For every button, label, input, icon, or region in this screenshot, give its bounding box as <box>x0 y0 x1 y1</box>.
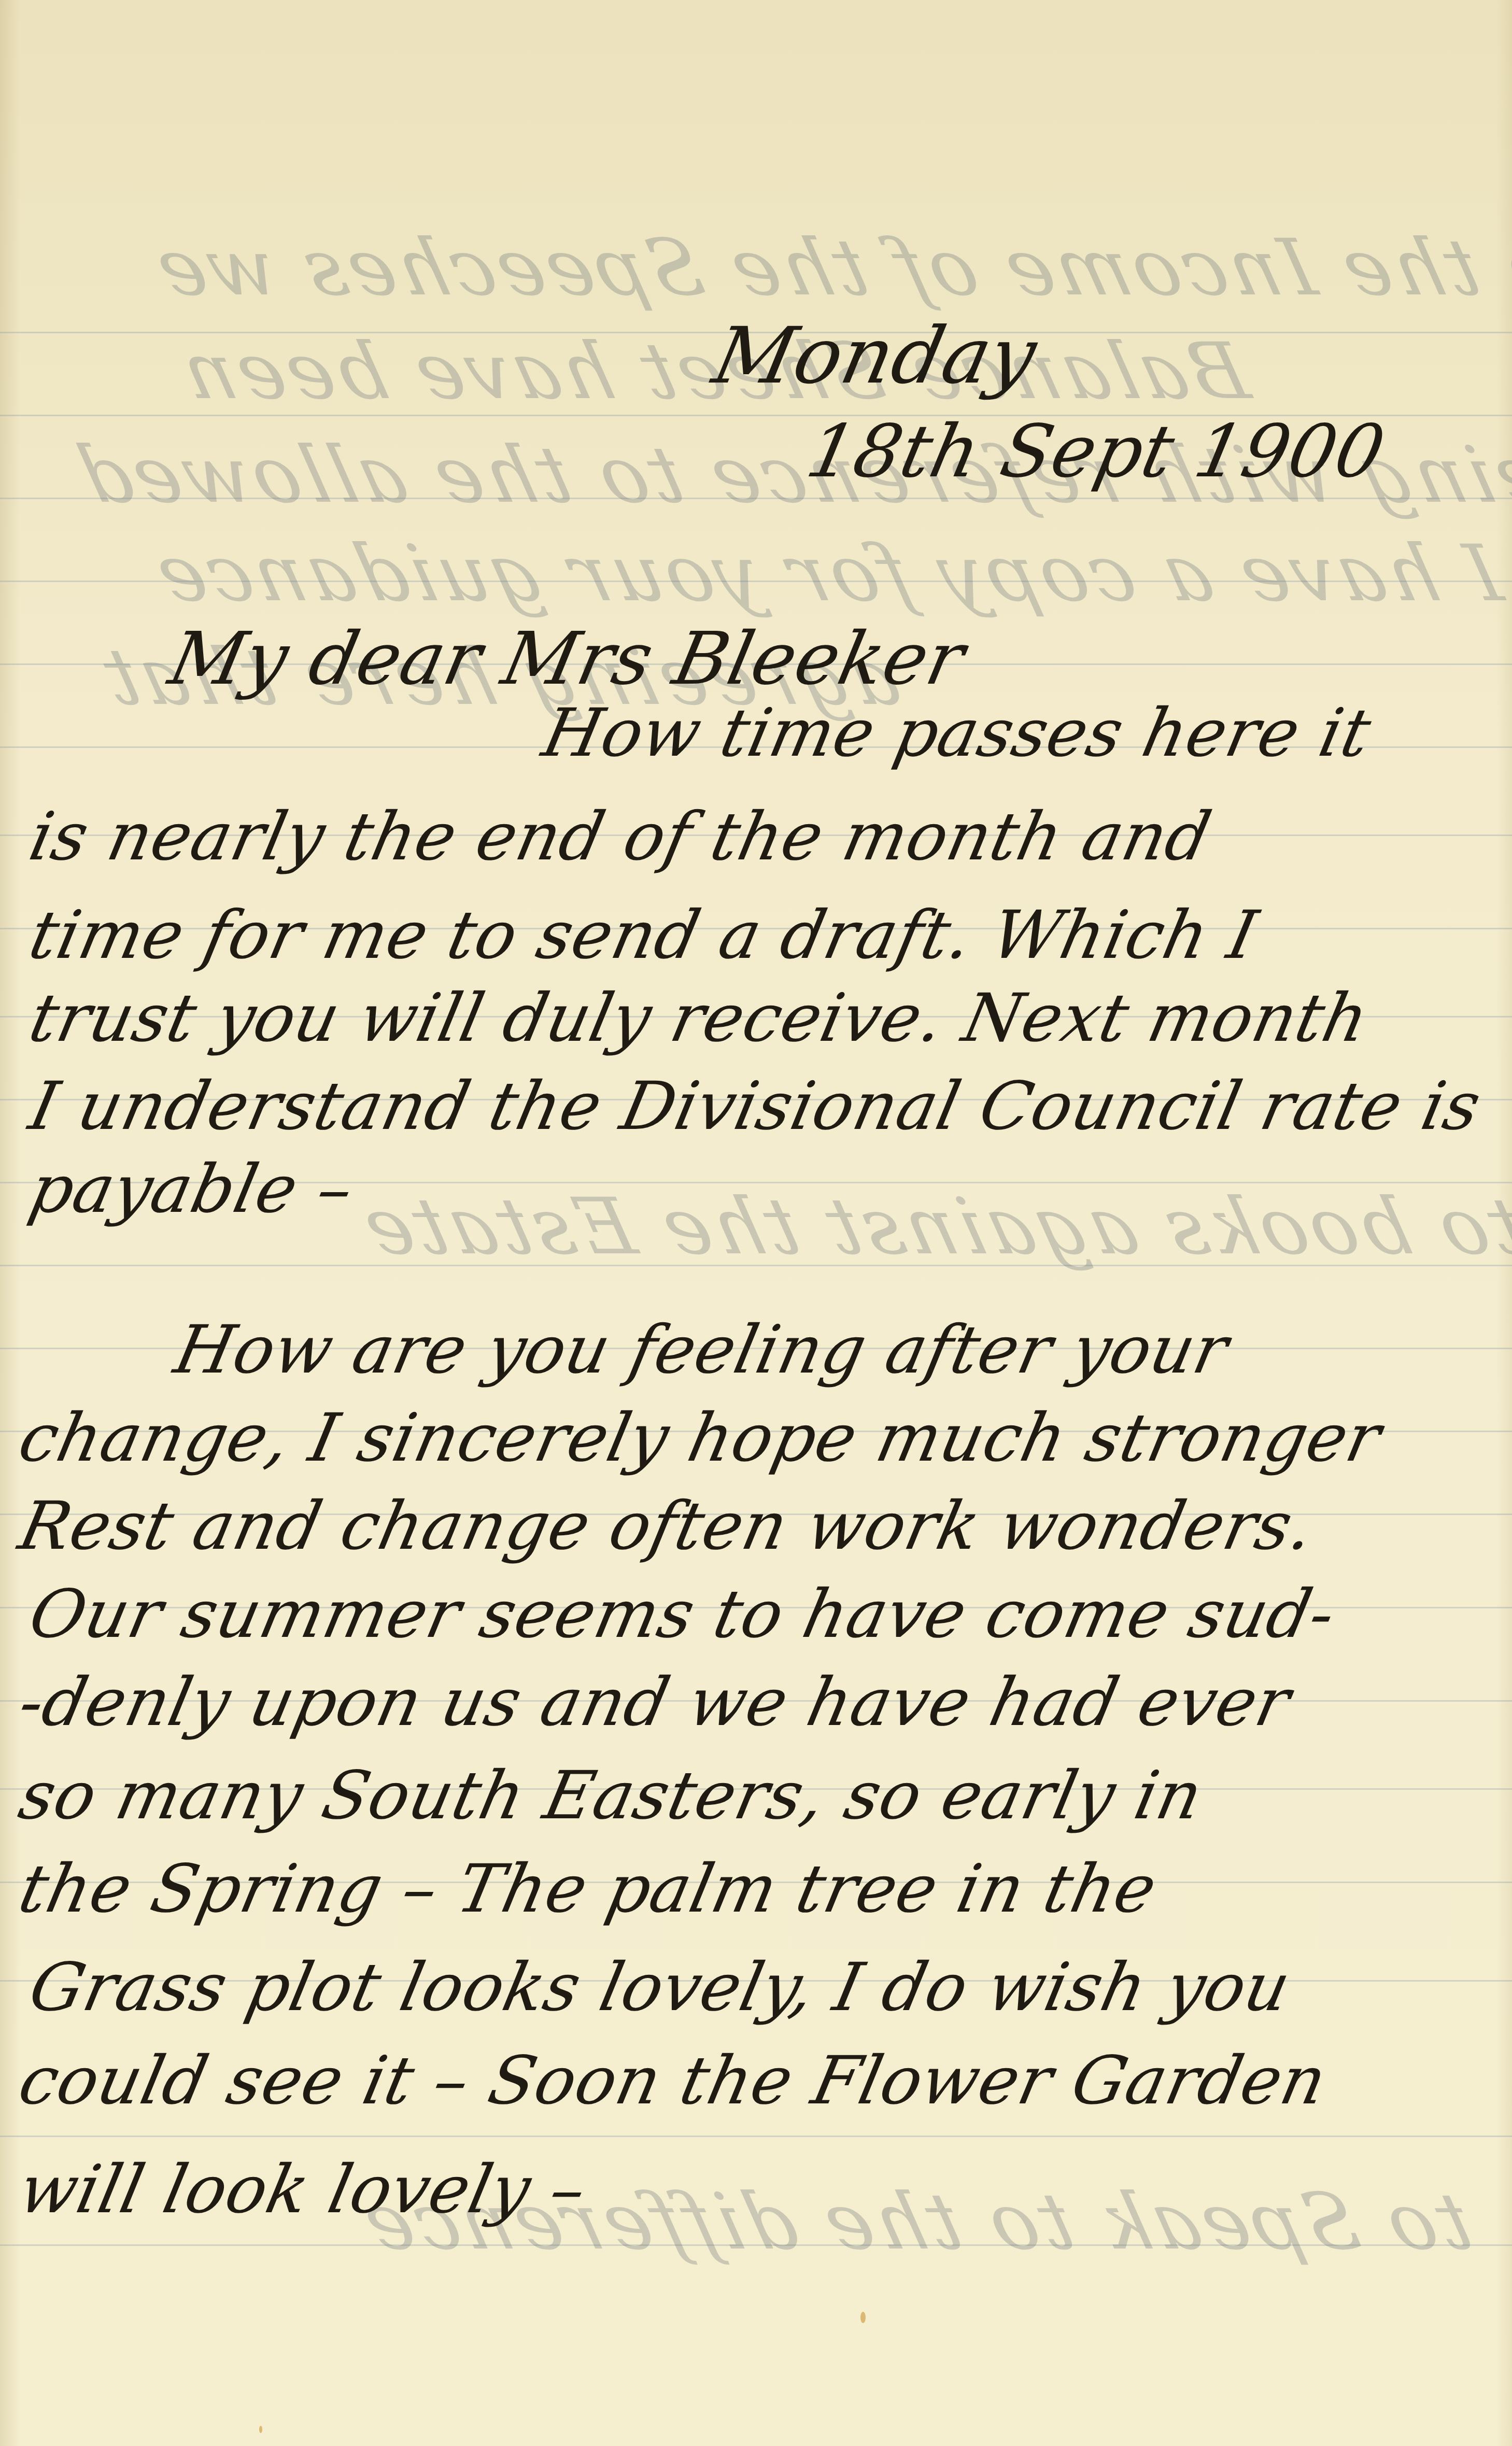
show-through-text: to books against the Estate <box>351 1182 1512 1272</box>
letter-line: I understand the Divisional Council rate… <box>23 1068 1487 1145</box>
letter-line: How time passes here it <box>536 695 1378 772</box>
letter-date: 18th Sept 1900 <box>800 409 1392 494</box>
letter-line: payable – <box>23 1151 360 1228</box>
letter-line: is nearly the end of the month and <box>23 798 1218 875</box>
letter-line: Our summer seems to have come sud- <box>23 1576 1342 1653</box>
letter-line: -denly upon us and we have had ever <box>12 1664 1297 1741</box>
letter-line: time for me to send a draft. Which I <box>23 897 1264 974</box>
letter-line: the Spring – The palm tree in the <box>12 1850 1163 1928</box>
letter-line: could see it – Soon the Flower Garden <box>12 2042 1333 2119</box>
paper-stain <box>259 2426 262 2433</box>
ruled-line <box>0 2136 1512 2137</box>
letter-line: will look lovely – <box>12 2151 593 2228</box>
letter-line: Rest and change often work wonders. <box>12 1488 1321 1565</box>
letter-line: change, I sincerely hope much stronger <box>12 1399 1388 1477</box>
letter-line: trust you will duly receive. Next month <box>23 980 1375 1057</box>
show-through-text: to the Income of the Speeches we <box>144 223 1512 313</box>
letter-line: Grass plot looks lovely, I do wish you <box>23 1949 1297 2026</box>
letter-page: to the Income of the Speeches we Balance… <box>0 0 1512 2446</box>
salutation: My dear Mrs Bleeker <box>162 617 972 701</box>
letter-day: Monday <box>706 311 1045 401</box>
paper-stain <box>860 2312 866 2323</box>
letter-line: How are you feeling after your <box>168 1311 1235 1389</box>
letter-line: so many South Easters, so early in <box>12 1757 1209 1834</box>
show-through-text: I have a copy for your guidance <box>144 529 1510 619</box>
